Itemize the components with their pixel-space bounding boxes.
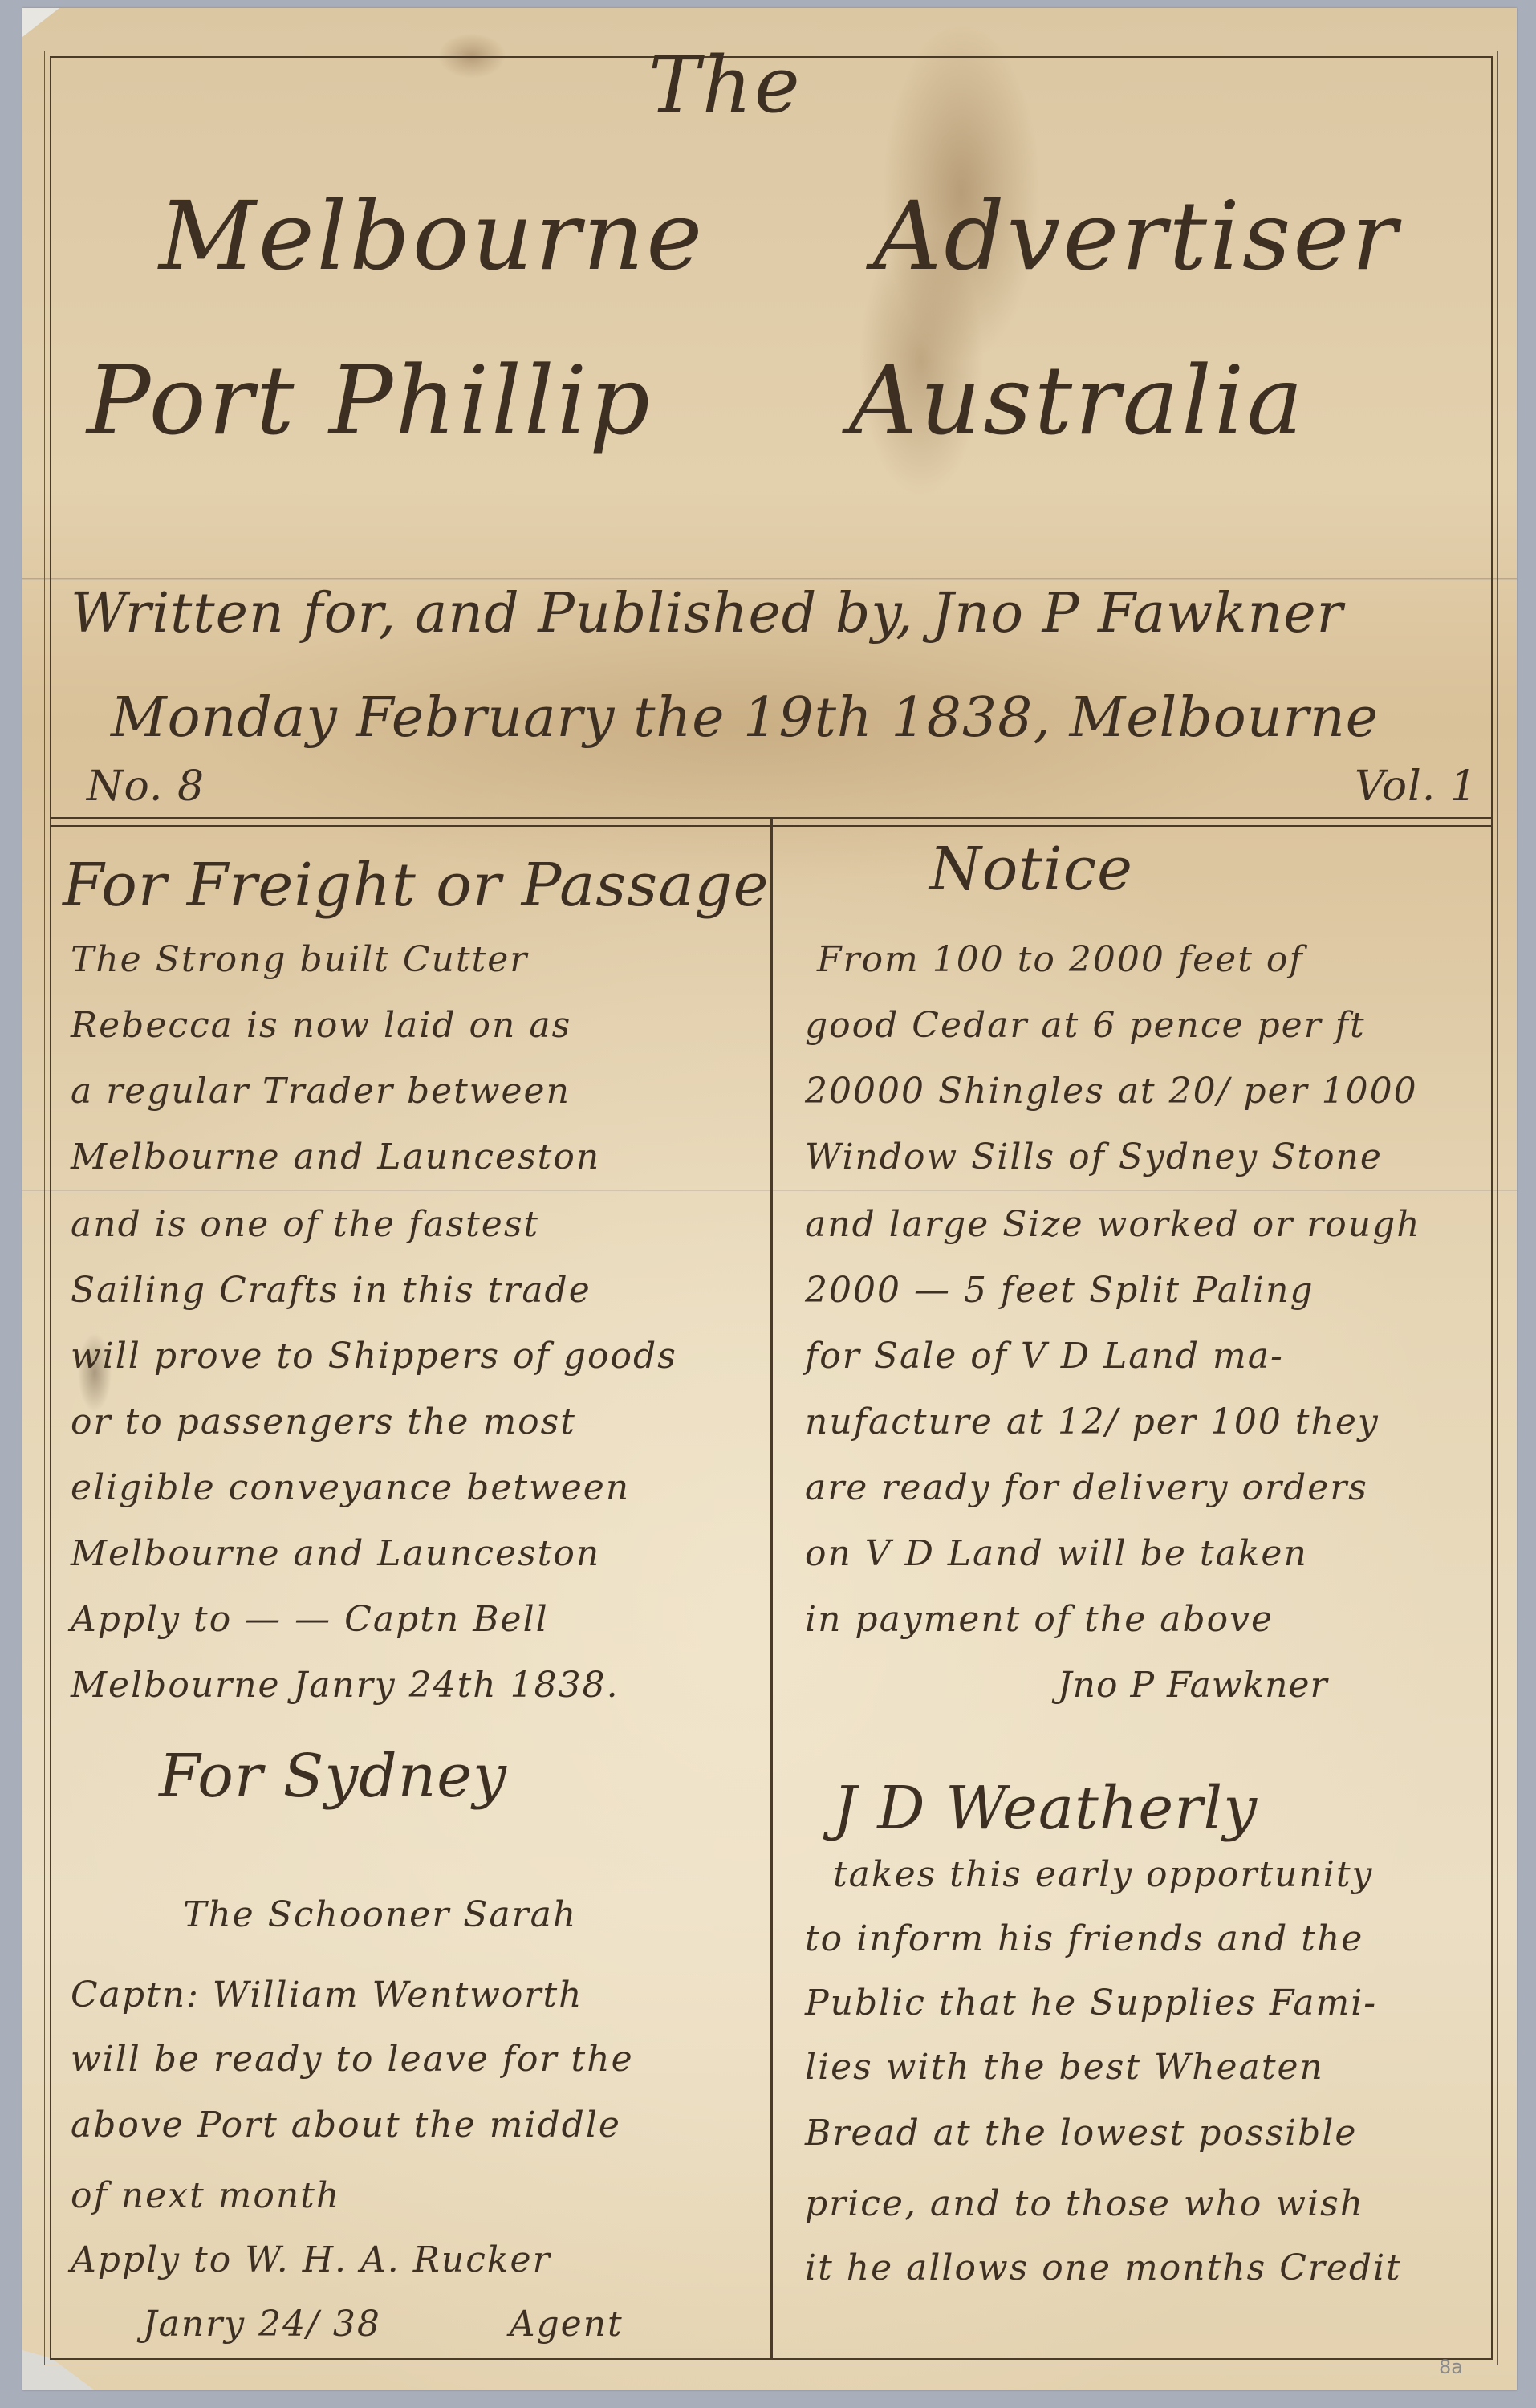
ad-line: Apply to W. H. A. Rucker (71, 2239, 551, 2280)
ad-heading-notice: Notice (929, 835, 1133, 904)
ad-line: and large Size worked or rough (805, 1204, 1421, 1245)
ad-line: Bread at the lowest possible (805, 2113, 1357, 2154)
ad-line: good Cedar at 6 pence per ft (805, 1005, 1366, 1046)
ad-line: a regular Trader between (71, 1071, 571, 1112)
publisher-line: Written for, and Published by, Jno P Faw… (71, 582, 1343, 645)
ad-line: above Port about the middle (71, 2105, 621, 2146)
ad-line: lies with the best Wheaten (805, 2047, 1324, 2088)
ad-line: Rebecca is now laid on as (71, 1005, 571, 1046)
pencil-annotation: 8a (1439, 2356, 1463, 2378)
ad-line: Public that he Supplies Fami- (805, 1983, 1377, 2024)
ad-line: Janry 24/ 38 Agent (143, 2304, 624, 2345)
masthead-title-left: Melbourne (159, 181, 705, 291)
ad-signature: Jno P Fawkner (1058, 1665, 1328, 1706)
torn-corner-top-left (22, 8, 59, 37)
ad-line: will be ready to leave for the (71, 2039, 634, 2080)
ad-line: and is one of the fastest (71, 1204, 539, 1245)
ad-line: Melbourne and Launceston (71, 1533, 600, 1574)
ad-line: price, and to those who wish (805, 2183, 1364, 2224)
ad-line: it he allows one months Credit (805, 2247, 1402, 2288)
ad-line: Apply to — — Captn Bell (71, 1599, 549, 1640)
ad-line: 2000 — 5 feet Split Paling (805, 1270, 1315, 1311)
ad-line: to inform his friends and the (805, 1918, 1363, 1959)
ad-line: will prove to Shippers of goods (71, 1336, 677, 1377)
date-line: Monday February the 19th 1838, Melbourne (111, 686, 1379, 750)
masthead-title-right: Advertiser (873, 181, 1400, 291)
newspaper-sheet: The Melbourne Advertiser Port Phillip Au… (22, 8, 1517, 2390)
ad-line: are ready for delivery orders (805, 1467, 1368, 1508)
ad-line: on V D Land will be taken (805, 1533, 1308, 1574)
ad-line: Melbourne and Launceston (71, 1137, 600, 1178)
issue-number: No. 8 (87, 763, 205, 811)
ad-line: 20000 Shingles at 20/ per 1000 (805, 1071, 1418, 1112)
ad-line: The Schooner Sarah (183, 1894, 577, 1935)
ad-line: The Strong built Cutter (71, 939, 528, 980)
ad-line: or to passengers the most (71, 1401, 576, 1442)
ad-heading-weatherly: J D Weatherly (833, 1774, 1258, 1843)
masthead-subtitle-right: Australia (849, 345, 1306, 456)
masthead-the: The (648, 40, 803, 130)
ad-line: Melbourne Janry 24th 1838. (71, 1665, 620, 1706)
column-divider (770, 819, 773, 2360)
volume-number: Vol. 1 (1355, 763, 1477, 811)
ad-line: nufacture at 12/ per 100 they (805, 1401, 1380, 1442)
ad-line: eligible conveyance between (71, 1467, 630, 1508)
ad-heading-for-sydney: For Sydney (159, 1742, 507, 1811)
ad-line: Window Sills of Sydney Stone (805, 1137, 1383, 1178)
ad-line: From 100 to 2000 feet of (817, 939, 1304, 980)
ad-line: in payment of the above (805, 1599, 1274, 1640)
masthead-subtitle-left: Port Phillip (87, 345, 652, 456)
ad-line: Sailing Crafts in this trade (71, 1270, 591, 1311)
ad-line: takes this early opportunity (833, 1854, 1373, 1895)
ad-line: of next month (71, 2175, 340, 2216)
ad-heading-freight-passage: For Freight or Passage (63, 851, 769, 920)
ad-line: for Sale of V D Land ma- (805, 1336, 1284, 1377)
ad-line: Captn: William Wentworth (71, 1975, 583, 2015)
